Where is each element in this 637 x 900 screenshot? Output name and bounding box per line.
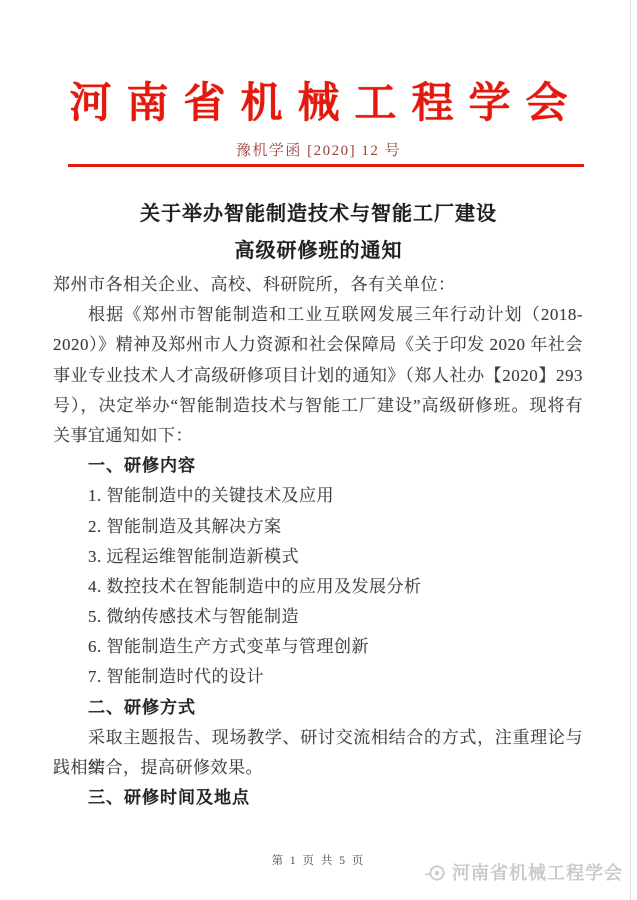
footer-watermark: 河南省机械工程学会 bbox=[424, 860, 623, 886]
section-heading: 三、研修时间及地点 bbox=[53, 783, 583, 813]
document-title: 关于举办智能制造技术与智能工厂建设 高级研修班的通知 bbox=[0, 196, 637, 270]
document-number: 豫机学函 [2020] 12 号 bbox=[0, 141, 637, 161]
body-line: 采取主题报告、现场教学、研讨交流相结合的方式，注重理论与实 bbox=[53, 723, 583, 753]
page-right-edge-line bbox=[630, 0, 631, 900]
notice-document-page: 河南省机械工程学会 豫机学函 [2020] 12 号 关于举办智能制造技术与智能… bbox=[0, 0, 637, 900]
body-line: 4. 数控技术在智能制造中的应用及发展分析 bbox=[53, 572, 583, 602]
body-line: 关事宜通知如下： bbox=[53, 421, 583, 451]
body-line: 2. 智能制造及其解决方案 bbox=[53, 512, 583, 542]
document-body: 郑州市各相关企业、高校、科研院所，各有关单位：根据《郑州市智能制造和工业互联网发… bbox=[53, 270, 583, 813]
body-line: 号），决定举办“智能制造技术与智能工厂建设”高级研修班。现将有 bbox=[53, 391, 583, 421]
body-line: 6. 智能制造生产方式变革与管理创新 bbox=[53, 632, 583, 662]
letterhead-org-name: 河南省机械工程学会 bbox=[0, 80, 637, 128]
body-line: 2020）》精神及郑州市人力资源和社会保障局《关于印发 2020 年社会 bbox=[53, 330, 583, 360]
footer-watermark-text: 河南省机械工程学会 bbox=[452, 860, 623, 886]
body-line: 7. 智能制造时代的设计 bbox=[53, 662, 583, 692]
section-heading: 一、研修内容 bbox=[53, 451, 583, 481]
letterhead-red-rule bbox=[68, 164, 584, 167]
body-line: 践相结合，提高研修效果。 bbox=[53, 753, 583, 783]
body-line: 5. 微纳传感技术与智能制造 bbox=[53, 602, 583, 632]
document-title-line2: 高级研修班的通知 bbox=[0, 233, 637, 270]
body-line: 根据《郑州市智能制造和工业互联网发展三年行动计划（2018- bbox=[53, 300, 583, 330]
body-line: 3. 远程运维智能制造新模式 bbox=[53, 542, 583, 572]
body-line: 事业专业技术人才高级研修项目计划的通知》（郑人社办【2020】293 bbox=[53, 361, 583, 391]
body-line: 1. 智能制造中的关键技术及应用 bbox=[53, 481, 583, 511]
body-line: 郑州市各相关企业、高校、科研院所，各有关单位： bbox=[53, 270, 583, 300]
section-heading: 二、研修方式 bbox=[53, 693, 583, 723]
document-title-line1: 关于举办智能制造技术与智能工厂建设 bbox=[0, 196, 637, 233]
society-logo-icon bbox=[424, 862, 446, 884]
